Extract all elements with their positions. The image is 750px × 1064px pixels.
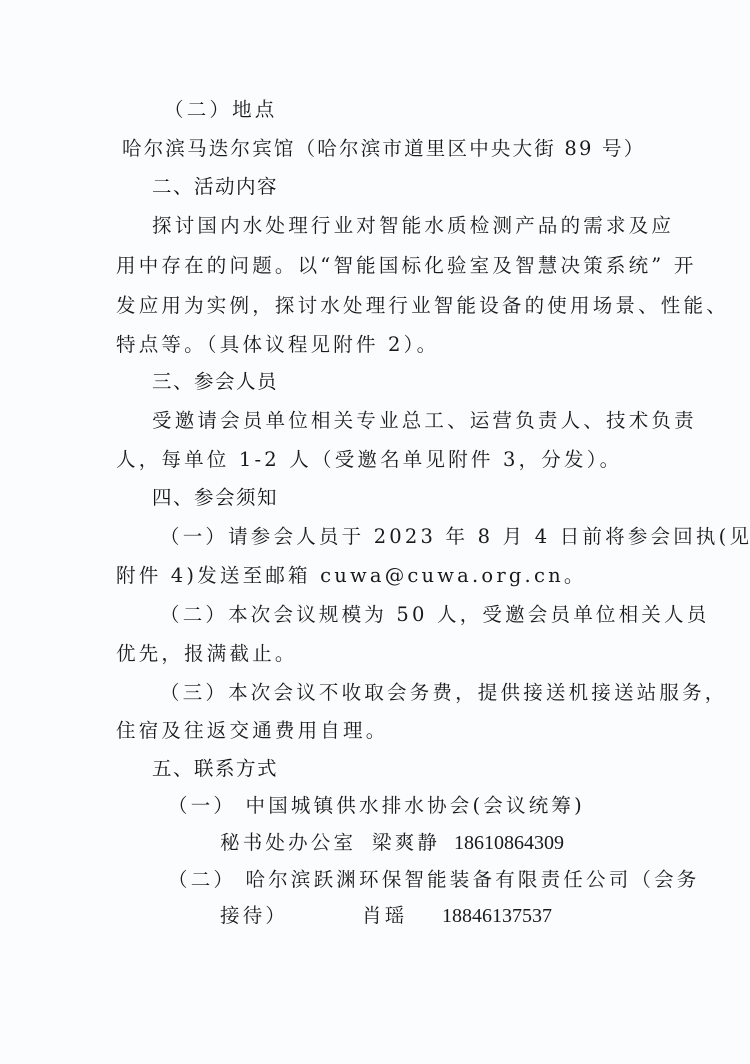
notice-item-line: 优先，报满截止。	[116, 642, 298, 666]
notice-item-line: （三）本次会议不收取会务费，提供接送机接送站服务，	[160, 681, 728, 705]
paragraph-line: 人，每单位 1-2 人（受邀名单见附件 3，分发）。	[116, 448, 622, 472]
contact-department: 接待）	[220, 904, 288, 928]
contact-phone: 18610864309	[454, 831, 564, 855]
notice-item-line: （一）请参会人员于 2023 年 8 月 4 日前将参会回执(见	[160, 525, 750, 549]
paragraph-line: 用中存在的问题。以“智能国标化验室及智慧决策系统” 开	[116, 254, 697, 278]
notice-item-line: （二）本次会议规模为 50 人，受邀会员单位相关人员	[160, 603, 709, 627]
contact-org-line: （二） 哈尔滨跃渊环保智能装备有限责任公司（会务	[168, 868, 700, 892]
contact-phone: 18846137537	[442, 904, 552, 928]
paragraph-line: 特点等。（具体议程见附件 2）。	[116, 333, 439, 357]
contact-name: 梁爽静	[372, 831, 440, 855]
paragraph-line: 探讨国内水处理行业对智能水质检测产品的需求及应	[152, 214, 674, 238]
paragraph-line: 发应用为实例，探讨水处理行业智能设备的使用场景、性能、	[116, 294, 729, 318]
notice-item-line: 住宿及往返交通费用自理。	[116, 719, 388, 743]
document-page: （二）地点 哈尔滨马迭尔宾馆（哈尔滨市道里区中央大街 89 号） 二、活动内容 …	[0, 0, 750, 1064]
section-heading-notice: 四、参会须知	[152, 486, 278, 510]
notice-item-line: 附件 4)发送至邮箱 cuwa@cuwa.org.cn。	[116, 564, 587, 588]
location-address: 哈尔滨马迭尔宾馆（哈尔滨市道里区中央大街 89 号）	[122, 137, 645, 161]
contact-name: 肖瑶	[362, 904, 407, 928]
location-subheading: （二）地点	[164, 98, 278, 122]
contact-department: 秘书处办公室	[220, 831, 356, 855]
section-heading-activity: 二、活动内容	[152, 175, 278, 199]
section-heading-contact: 五、联系方式	[152, 757, 278, 781]
paragraph-line: 受邀请会员单位相关专业总工、运营负责人、技术负责	[152, 409, 697, 433]
contact-org-line: （一） 中国城镇供水排水协会(会议统筹)	[168, 794, 585, 818]
section-heading-attendees: 三、参会人员	[152, 370, 278, 394]
